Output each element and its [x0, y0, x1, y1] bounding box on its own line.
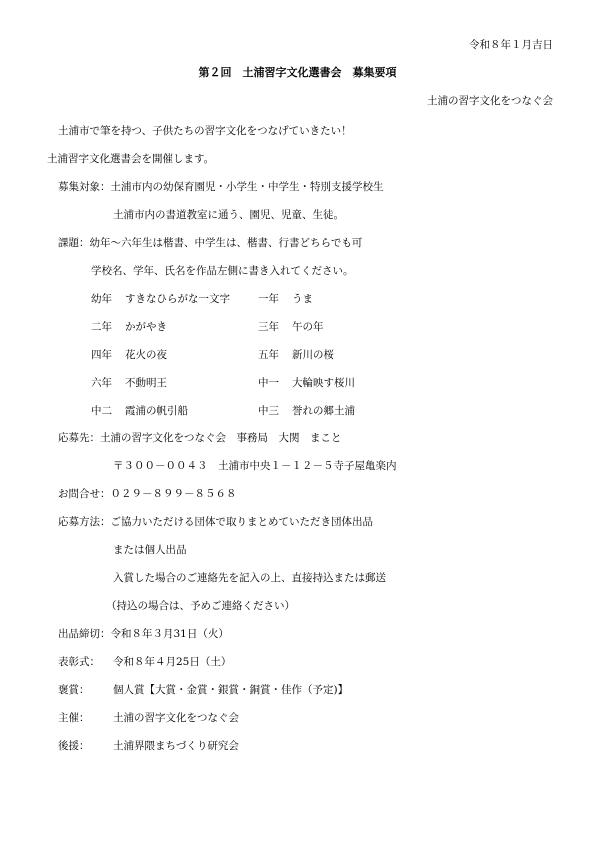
ceremony-label: 表彰式： — [58, 655, 113, 669]
grade-topic: すきなひらがな一文字 — [125, 293, 230, 305]
support-value: 土浦界隈まちづくり研究会 — [113, 740, 239, 752]
grade-topic: 誉れの郷土浦 — [292, 405, 355, 417]
grade-item: 二年かがやき — [91, 320, 167, 334]
grade-name: 三年 — [258, 321, 279, 333]
theme-line-1: 幼年～六年生は楷書、中学生は、楷書、行書どちらでも可 — [90, 237, 363, 249]
awards-value: 個人賞【大賞・金賞・銀賞・銅賞・佳作（予定)】 — [113, 684, 348, 696]
method-label: 応募方法： — [58, 516, 111, 528]
theme-label: 課題： — [58, 237, 90, 249]
intro-line-1: 土浦市で筆を持つ、子供たちの習字文化をつなげていきたい！ — [58, 124, 352, 138]
grade-topic: 大輪映す桜川 — [292, 377, 355, 389]
grade-item: 一年うま — [258, 292, 313, 306]
grade-name: 一年 — [258, 293, 279, 305]
issue-date: 令和８年１月吉日 — [469, 38, 553, 52]
grade-name: 中三 — [258, 405, 279, 417]
contact-phone: ０２９－８９９－８５６８ — [111, 488, 237, 500]
method-line-2: または個人出品 — [113, 543, 187, 557]
organizer-name: 土浦の習字文化をつなぐ会 — [427, 94, 553, 108]
grade-topic: かがやき — [125, 321, 167, 333]
target-section: 募集対象：土浦市内の幼保育園児・小学生・中学生・特別支援学校生 — [58, 180, 384, 194]
submit-to-address: 〒３００－００４３ 土浦市中央１－１２－５寺子屋亀楽内 — [113, 459, 397, 473]
ceremony-value: 令和８年４月25日（土） — [113, 656, 231, 668]
method-line-4: （持込の場合は、予めご連絡ください） — [106, 599, 295, 613]
theme-line-2: 学校名、学年、氏名を作品左側に書き入れてください。 — [91, 264, 354, 278]
contact-section: お問合せ：０２９－８９９－８５６８ — [58, 487, 237, 501]
grade-topic: 不動明王 — [125, 377, 167, 389]
submit-to-section: 応募先：土浦の習字文化をつなぐ会 事務局 大関 まこと — [58, 431, 342, 445]
grade-name: 中一 — [258, 377, 279, 389]
grade-topic: 午の年 — [292, 321, 324, 333]
grade-topic: 花火の夜 — [125, 349, 167, 361]
theme-section: 課題：幼年～六年生は楷書、中学生は、楷書、行書どちらでも可 — [58, 236, 362, 250]
contact-label: お問合せ： — [58, 488, 111, 500]
grade-name: 幼年 — [91, 293, 112, 305]
submit-to-line-1: 土浦の習字文化をつなぐ会 事務局 大関 まこと — [100, 432, 342, 444]
document-title: 第２回 土浦習字文化選書会 募集要項 — [0, 66, 595, 80]
host-section: 主催：土浦の習字文化をつなぐ会 — [58, 711, 239, 725]
intro-line-2: 土浦習字文化選書会を開催します。 — [47, 152, 214, 166]
target-line-1: 土浦市内の幼保育園児・小学生・中学生・特別支援学校生 — [111, 181, 384, 193]
grade-topic: うま — [292, 293, 313, 305]
grade-item: 六年不動明王 — [91, 376, 167, 390]
grade-name: 中二 — [91, 405, 112, 417]
grade-name: 五年 — [258, 349, 279, 361]
deadline-section: 出品締切：令和８年３月31日（火） — [58, 627, 229, 641]
grade-item: 中二霞浦の帆引船 — [91, 404, 188, 418]
grade-name: 二年 — [91, 321, 112, 333]
grade-item: 五年新川の桜 — [258, 348, 334, 362]
grade-item: 幼年すきなひらがな一文字 — [91, 292, 230, 306]
deadline-label: 出品締切： — [58, 628, 111, 640]
grade-topic: 霞浦の帆引船 — [125, 405, 188, 417]
support-section: 後援：土浦界隈まちづくり研究会 — [58, 739, 239, 753]
ceremony-section: 表彰式：令和８年４月25日（土） — [58, 655, 231, 669]
target-line-2: 土浦市内の書道教室に通う、園児、児童、生徒。 — [113, 208, 344, 222]
method-section: 応募方法：ご協力いただける団体で取りまとめていただき団体出品 — [58, 515, 373, 529]
host-value: 土浦の習字文化をつなぐ会 — [113, 712, 239, 724]
grade-item: 中三誉れの郷土浦 — [258, 404, 355, 418]
host-label: 主催： — [58, 711, 113, 725]
target-label: 募集対象： — [58, 181, 111, 193]
awards-section: 褒賞：個人賞【大賞・金賞・銀賞・銅賞・佳作（予定)】 — [58, 683, 348, 697]
awards-label: 褒賞： — [58, 683, 113, 697]
method-line-3: 入賞した場合のご連絡先を記入の上、直接持込または郵送 — [113, 571, 386, 585]
grade-name: 六年 — [91, 377, 112, 389]
grade-item: 中一大輪映す桜川 — [258, 376, 355, 390]
method-line-1: ご協力いただける団体で取りまとめていただき団体出品 — [111, 516, 374, 528]
grade-topic: 新川の桜 — [292, 349, 334, 361]
deadline-value: 令和８年３月31日（火） — [111, 628, 229, 640]
submit-to-label: 応募先： — [58, 432, 100, 444]
grade-name: 四年 — [91, 349, 112, 361]
grade-item: 三年午の年 — [258, 320, 324, 334]
grade-item: 四年花火の夜 — [91, 348, 167, 362]
support-label: 後援： — [58, 739, 113, 753]
